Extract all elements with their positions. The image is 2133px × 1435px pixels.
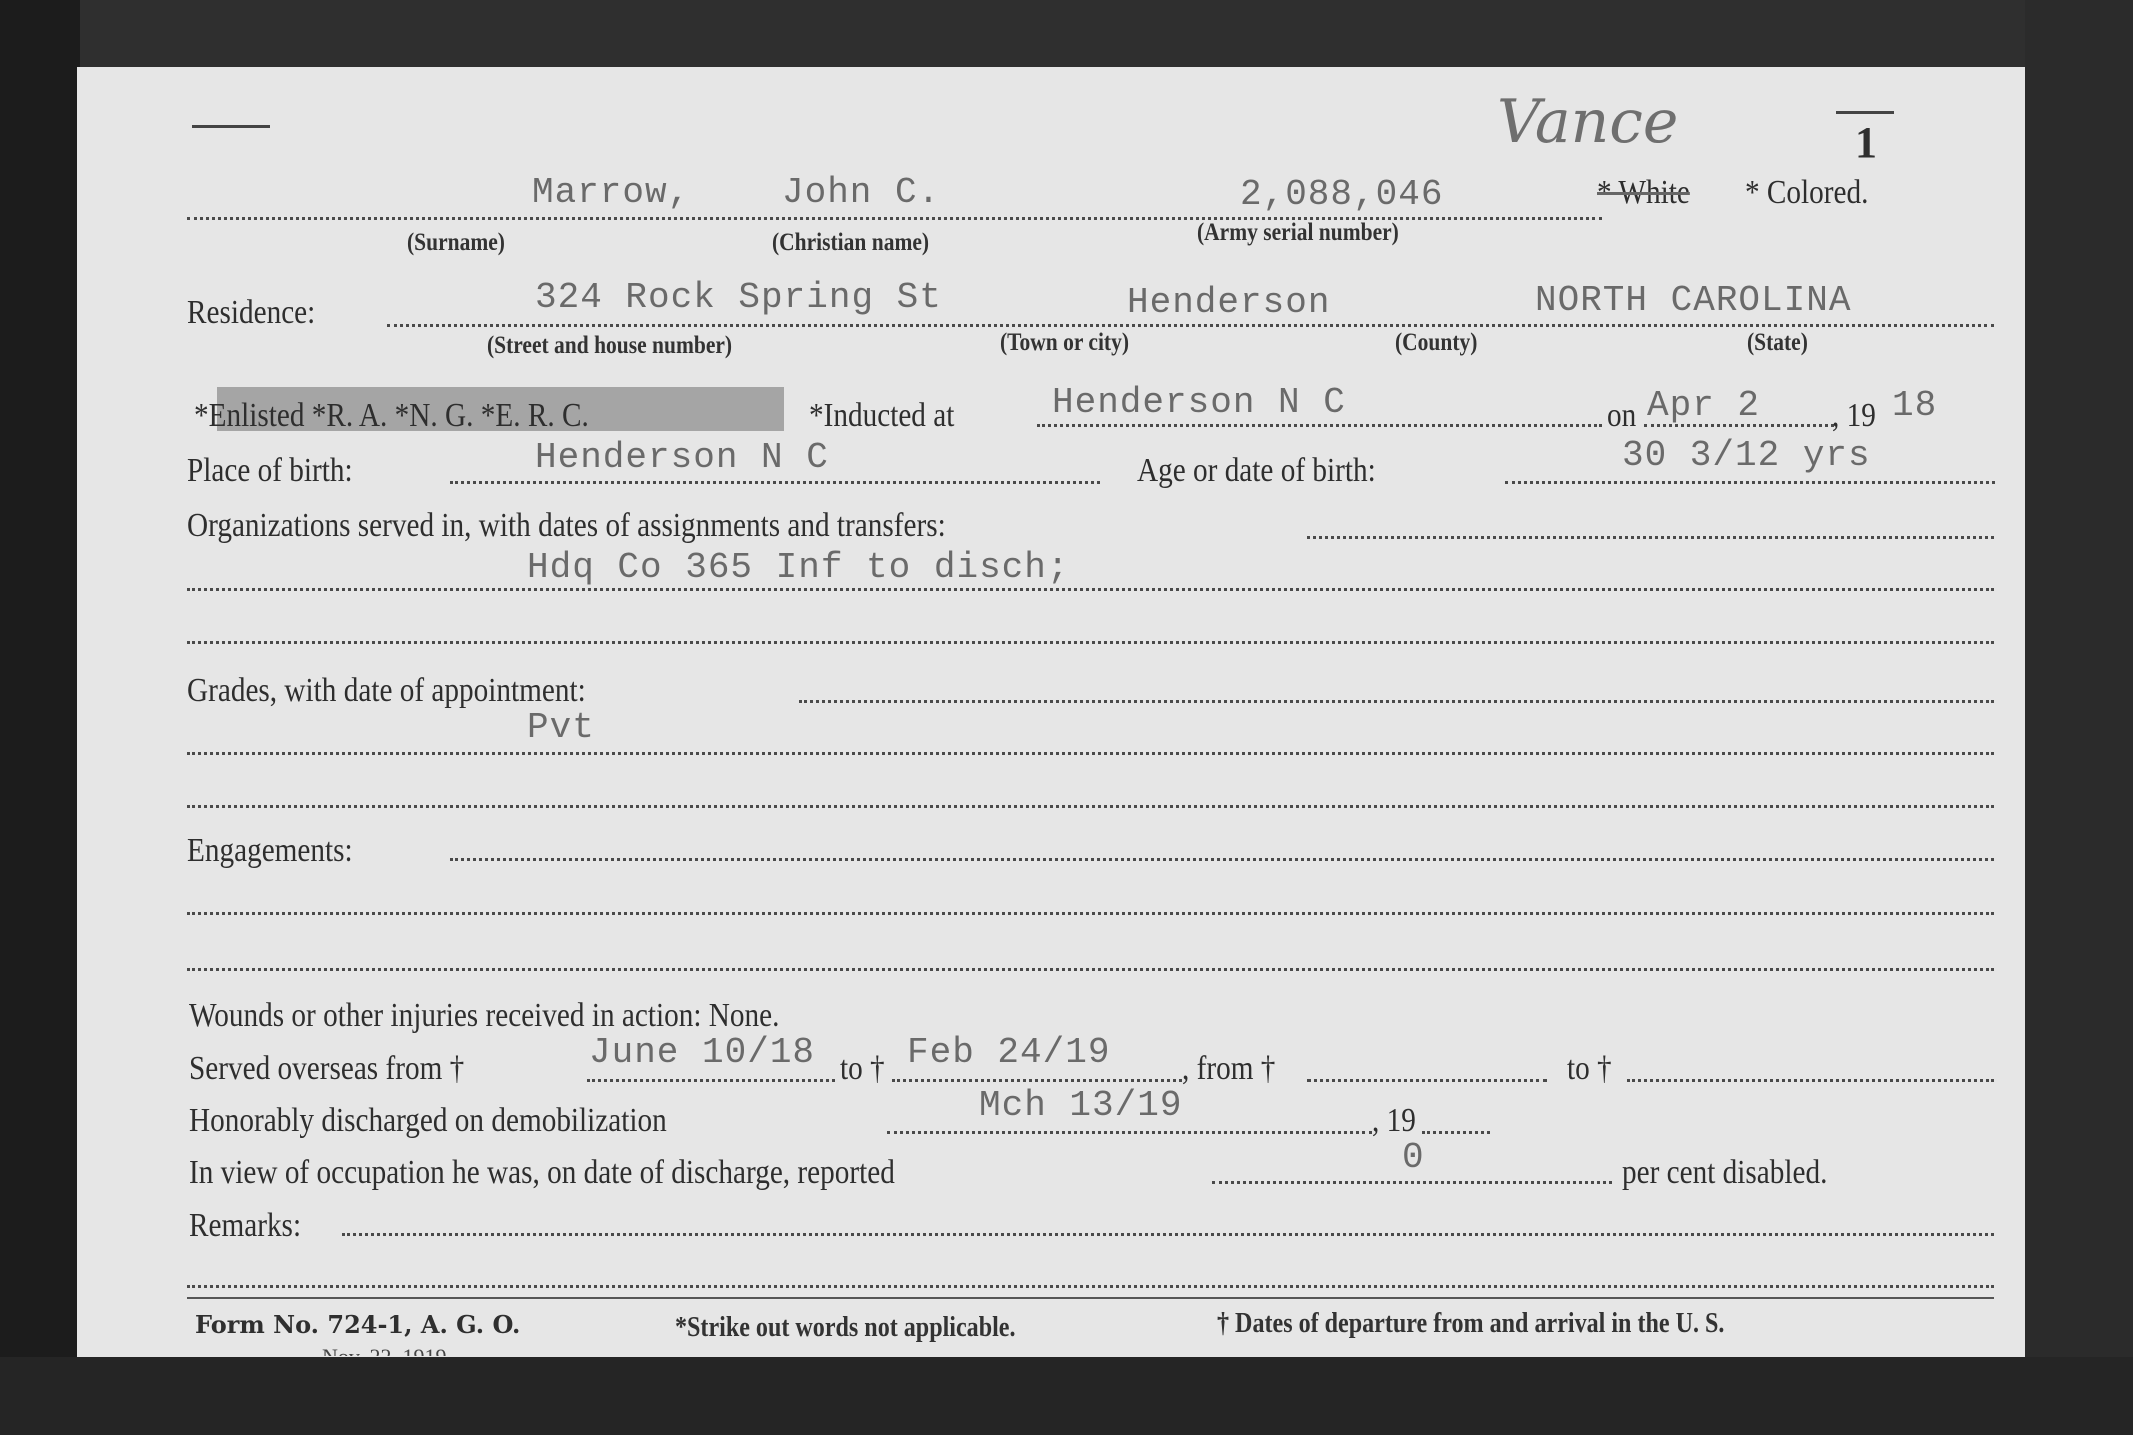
wounds-label: Wounds or other injuries received in act… <box>189 997 779 1035</box>
induction-date-value: Apr 2 <box>1647 385 1760 426</box>
caption-army-serial-number: (Army serial number) <box>1197 219 1399 247</box>
disability-percent-line <box>1212 1181 1612 1184</box>
caption-christian-name: (Christian name) <box>772 229 929 257</box>
residence-line <box>387 324 1994 327</box>
overseas-from-2-line <box>1307 1079 1547 1082</box>
engagements-label: Engagements: <box>187 832 353 870</box>
form-date: Nov. 22, 1919 <box>322 1344 446 1356</box>
served-overseas-label: Served overseas from † <box>189 1050 464 1088</box>
struck-enlistment-options: *Enlisted *R. A. *N. G. *E. R. C. <box>194 397 589 435</box>
inducted-at-line <box>1037 424 1602 427</box>
place-of-birth-value: Henderson N C <box>535 437 829 478</box>
footnote-dagger: † Dates of departure from and arrival in… <box>1217 1308 1724 1340</box>
footer-divider <box>187 1297 1994 1299</box>
christian-name-value: John C. <box>782 172 940 213</box>
scanner-background-left <box>0 0 80 1435</box>
race-option-colored: * Colored. <box>1745 174 1868 212</box>
age-value: 30 3/12 yrs <box>1622 435 1871 476</box>
residence-town-value: Henderson <box>1127 282 1330 323</box>
grade-entry: Pvt <box>527 707 595 748</box>
discharge-date-line <box>887 1131 1372 1134</box>
army-serial-number-value: 2,088,046 <box>1240 174 1443 215</box>
caption-surname: (Surname) <box>407 229 505 257</box>
disability-percent-value: 0 <box>1402 1137 1425 1178</box>
overseas-to-1-value: Feb 24/19 <box>907 1032 1110 1073</box>
form-number: Form No. 724-1, A. G. O. <box>195 1310 520 1339</box>
organizations-label: Organizations served in, with dates of a… <box>187 507 946 545</box>
caption-county: (County) <box>1395 329 1477 357</box>
discharge-year-line <box>1422 1131 1490 1134</box>
disability-label: In view of occupation he was, on date of… <box>189 1154 895 1192</box>
remarks-line-1 <box>187 1285 1994 1288</box>
organizations-line-1 <box>187 588 1994 591</box>
remarks-label: Remarks: <box>189 1207 301 1245</box>
caption-town: (Town or city) <box>1000 329 1129 357</box>
race-option-white: * White <box>1597 174 1690 212</box>
grades-line-1 <box>187 752 1994 755</box>
age-label: Age or date of birth: <box>1137 452 1376 490</box>
disability-suffix: per cent disabled. <box>1622 1154 1827 1192</box>
scanner-background-bottom <box>0 1357 2133 1435</box>
overseas-from-1-value: June 10/18 <box>589 1032 815 1073</box>
induction-year-suffix: 18 <box>1892 385 1937 426</box>
induction-year-prefix: , 19 <box>1832 397 1876 435</box>
card-number: 1 <box>1855 117 1877 168</box>
residence-label: Residence: <box>187 294 315 332</box>
organizations-line-0 <box>1307 536 1994 539</box>
grades-line-0 <box>799 700 1994 703</box>
age-line <box>1505 481 1995 484</box>
handwritten-county-note: Vance <box>1497 87 1678 157</box>
engagements-line-2 <box>187 968 1994 971</box>
inducted-at-value: Henderson N C <box>1052 382 1346 423</box>
place-of-birth-label: Place of birth: <box>187 452 353 490</box>
overseas-from-2-label: , from † <box>1182 1050 1275 1088</box>
overseas-to-2-line <box>1627 1079 1994 1082</box>
grades-label: Grades, with date of appointment: <box>187 672 586 710</box>
top-left-dash <box>192 125 270 128</box>
inducted-at-label: *Inducted at <box>809 397 954 435</box>
remarks-line-0 <box>342 1233 1994 1236</box>
overseas-to-1-label: to † <box>840 1050 885 1088</box>
surname-value: Marrow, <box>532 172 690 213</box>
place-of-birth-line <box>450 481 1100 484</box>
residence-street-value: 324 Rock Spring St <box>535 277 942 318</box>
overseas-to-2-label: to † <box>1567 1050 1612 1088</box>
engagements-line-0 <box>450 858 1994 861</box>
discharge-label: Honorably discharged on demobilization <box>189 1102 667 1140</box>
service-record-card: Vance 1 Marrow, John C. 2,088,046 * Whit… <box>77 67 2025 1357</box>
residence-state-value: NORTH CAROLINA <box>1535 280 1851 321</box>
scanner-background-right <box>2025 0 2133 1435</box>
discharge-date-value: Mch 13/19 <box>979 1085 1182 1126</box>
race-white-label: * White <box>1597 174 1690 211</box>
card-number-overline <box>1836 111 1894 114</box>
grades-line-2 <box>187 805 1994 808</box>
footnote-strike-out: *Strike out words not applicable. <box>675 1312 1016 1344</box>
overseas-to-1-line <box>892 1079 1182 1082</box>
overseas-from-1-line <box>587 1079 835 1082</box>
discharge-year-prefix: , 19 <box>1372 1102 1416 1140</box>
caption-state: (State) <box>1747 329 1808 357</box>
on-label: on <box>1607 397 1636 435</box>
engagements-line-1 <box>187 912 1994 915</box>
organization-entry: Hdq Co 365 Inf to disch; <box>527 547 1069 588</box>
organizations-line-2 <box>187 641 1994 644</box>
caption-street: (Street and house number) <box>487 332 732 360</box>
